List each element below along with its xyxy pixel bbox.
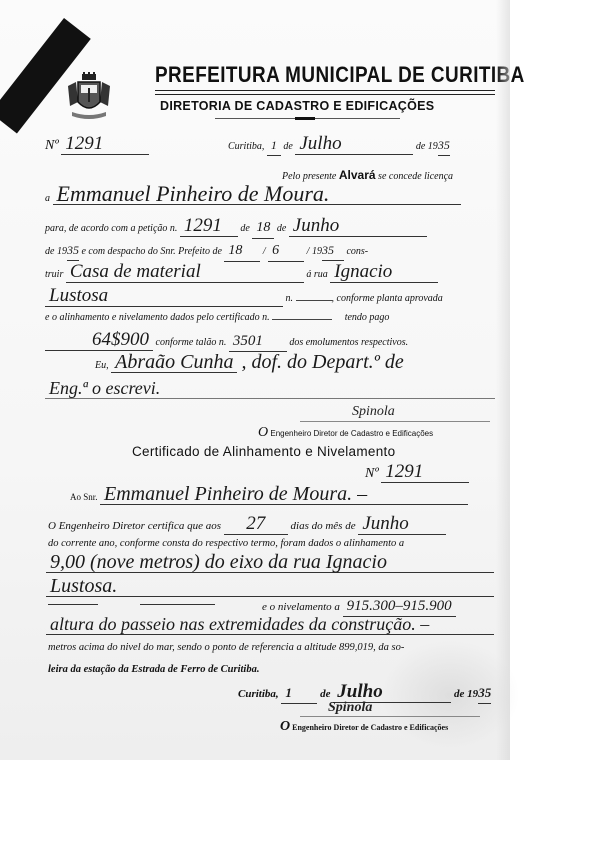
alignment-text: e o alinhamento e nivelamento dados pelo… <box>45 312 270 323</box>
intro-suffix: se concede licença <box>378 171 453 182</box>
leveling-text: e o nivelamento a <box>262 601 340 613</box>
blank-rule <box>140 604 215 605</box>
header-subrule <box>215 118 400 119</box>
header-title: PREFEITURA MUNICIPAL DE CURITIBA <box>155 62 525 88</box>
petition-line: para, de acordo com a petição n. 1291 de… <box>45 216 427 239</box>
director-signature: Spinola <box>352 404 395 420</box>
scribe-line-2: Eng.ª o escrevi. <box>45 378 164 398</box>
petition-de2: de <box>277 223 286 234</box>
receipt-number: 3501 <box>229 331 287 352</box>
scribe-line: Eu, Abraão Cunha, dof. do Depart.º de <box>95 352 408 373</box>
petition-month: Junho <box>289 216 427 237</box>
alignment-value: 9,00 (nove metros) do eixo da rua Ignaci… <box>46 552 494 573</box>
construct-prefix: truir <box>45 269 63 280</box>
construct-suffix: cons- <box>346 246 368 257</box>
station-text: leira da estação da Estrada de Ferro de … <box>48 664 259 675</box>
signature-prefix-2: O <box>280 719 290 734</box>
alvara-year: 35 <box>438 135 450 156</box>
certify-line: O Engenheiro Diretor certifica que aos 2… <box>48 514 446 535</box>
signature-rule <box>300 421 490 422</box>
document-page: PREFEITURA MUNICIPAL DE CURITIBA DIRETOR… <box>0 0 510 760</box>
recipient-name: Emmanuel Pinheiro de Moura. – <box>100 484 468 505</box>
signature-prefix: O <box>258 425 268 440</box>
dispatch-month: 6 <box>268 241 304 262</box>
days-text: dias do mês de <box>291 520 356 532</box>
alvara-intro: Pelo presente Alvará se concede licença <box>282 168 453 182</box>
grantee-name: Emmanuel Pinheiro de Moura. <box>53 184 461 205</box>
cert-date-year-prefix: de 19 <box>454 688 478 700</box>
recipient-label: Ao Snr. <box>70 492 98 502</box>
paid-text: tendo pago <box>345 312 390 323</box>
scribe-signature: Abraão Cunha <box>111 352 237 373</box>
dispatch-line: de 1935 e com despacho do Snr. Prefeito … <box>45 240 368 262</box>
street-line: Lustosa n. , conforme planta aprovada <box>45 286 443 307</box>
scribe-role-cont: Eng.ª o escrevi. <box>45 378 164 398</box>
header-subtitle: DIRETORIA DE CADASTRO E EDIFICAÇÕES <box>160 99 434 113</box>
rule <box>45 398 495 399</box>
scribe-prefix: Eu, <box>95 360 109 371</box>
petition-de: de <box>240 223 249 234</box>
certificate-number: 1291 <box>381 462 469 483</box>
recipient-line: Ao Snr. Emmanuel Pinheiro de Moura. – <box>70 484 468 505</box>
cert-city-label: Curitiba, <box>238 688 279 700</box>
petition-prefix: para, de acordo com a petição n. <box>45 223 177 234</box>
leveling-note-line: altura do passeio nas extremidades da co… <box>46 614 494 635</box>
certificate-number-field <box>272 319 332 320</box>
alvara-day: 1 <box>267 135 281 156</box>
director-signature-2: Spinola <box>328 700 372 716</box>
signature-title-2: Engenheiro Diretor de Cadastro e Edifica… <box>292 723 448 732</box>
number-label: Nº <box>45 138 59 153</box>
signature-title: Engenheiro Diretor de Cadastro e Edifica… <box>270 429 433 438</box>
meters-text: metros acima do nivel do mar, sendo o po… <box>48 642 404 653</box>
fees-text: dos emolumentos respectivos. <box>289 337 408 348</box>
director-title-1: O Engenheiro Diretor de Cadastro e Edifi… <box>258 425 433 441</box>
certify-text: O Engenheiro Diretor certifica que aos <box>48 520 221 532</box>
alvara-number-line: Nº 1291 <box>45 134 149 155</box>
street-name-cont: Lustosa <box>45 286 283 307</box>
alignment-value-cont: Lustosa. <box>46 576 494 597</box>
date-de-label: de <box>283 141 292 152</box>
alignment-value-line: 9,00 (nove metros) do eixo da rua Ignaci… <box>46 552 494 573</box>
alvara-month: Julho <box>295 134 413 155</box>
scribe-role: , dof. do Depart.º de <box>237 352 407 372</box>
year-prefix: de 19 <box>45 246 67 257</box>
director-title-2: O Engenheiro Diretor de Cadastro e Edifi… <box>280 719 448 735</box>
blank-rule <box>48 604 98 605</box>
certificate-title: Certificado de Alinhamento e Nivelamento <box>132 444 395 459</box>
receipt-text: conforme talão n. <box>156 337 227 348</box>
certificate-date-day: 1 <box>281 683 317 704</box>
certificate-date-year: 35 <box>478 683 491 704</box>
construction-type: Casa de material <box>66 262 304 283</box>
dispatch-day: 18 <box>224 241 260 262</box>
street-label: á rua <box>306 269 327 280</box>
dispatch-year: 35 <box>322 240 344 261</box>
cert-number-label: Nº <box>365 466 379 481</box>
fees-line: 64$900 conforme talão n. 3501 dos emolum… <box>45 330 408 352</box>
date-year-prefix: de 19 <box>416 141 438 152</box>
certificate-day: 27 <box>224 514 288 535</box>
petition-day: 18 <box>252 218 274 239</box>
petition-year: 35 <box>67 240 79 261</box>
plan-text: , conforme planta aprovada <box>332 293 443 304</box>
city-coat-of-arms-icon <box>66 72 112 120</box>
alvara-number: 1291 <box>61 134 149 155</box>
alignment-value-line-2: Lustosa. <box>46 576 494 597</box>
dispatch-year-prefix: 19 <box>312 246 322 257</box>
record-text: do corrente ano, conforme consta do resp… <box>48 538 404 549</box>
certificate-month: Junho <box>358 514 446 535</box>
alvara-date-line: Curitiba, 1 de Julho de 1935 <box>228 134 450 156</box>
house-number-field <box>296 300 332 301</box>
certificate-number-line: Nº 1291 <box>365 462 469 483</box>
dispatch-text: e com despacho do Snr. Prefeito de <box>81 246 221 257</box>
street-name: Ignacio <box>330 262 438 283</box>
city-label: Curitiba, <box>228 141 264 152</box>
petition-number: 1291 <box>180 216 238 237</box>
header-rule <box>155 90 495 95</box>
house-number-label: n. <box>286 293 294 304</box>
signature-rule-2 <box>300 716 480 717</box>
construction-line: truir Casa de material á rua Ignacio <box>45 262 438 283</box>
leveling-note: altura do passeio nas extremidades da co… <box>46 614 494 635</box>
to-label: a <box>45 193 50 204</box>
alvara-keyword: Alvará <box>339 168 376 182</box>
cert-date-de: de <box>320 688 330 700</box>
alignment-line: e o alinhamento e nivelamento dados pelo… <box>45 312 389 323</box>
grantee-line: a Emmanuel Pinheiro de Moura. <box>45 184 461 205</box>
amount-paid: 64$900 <box>45 330 153 351</box>
